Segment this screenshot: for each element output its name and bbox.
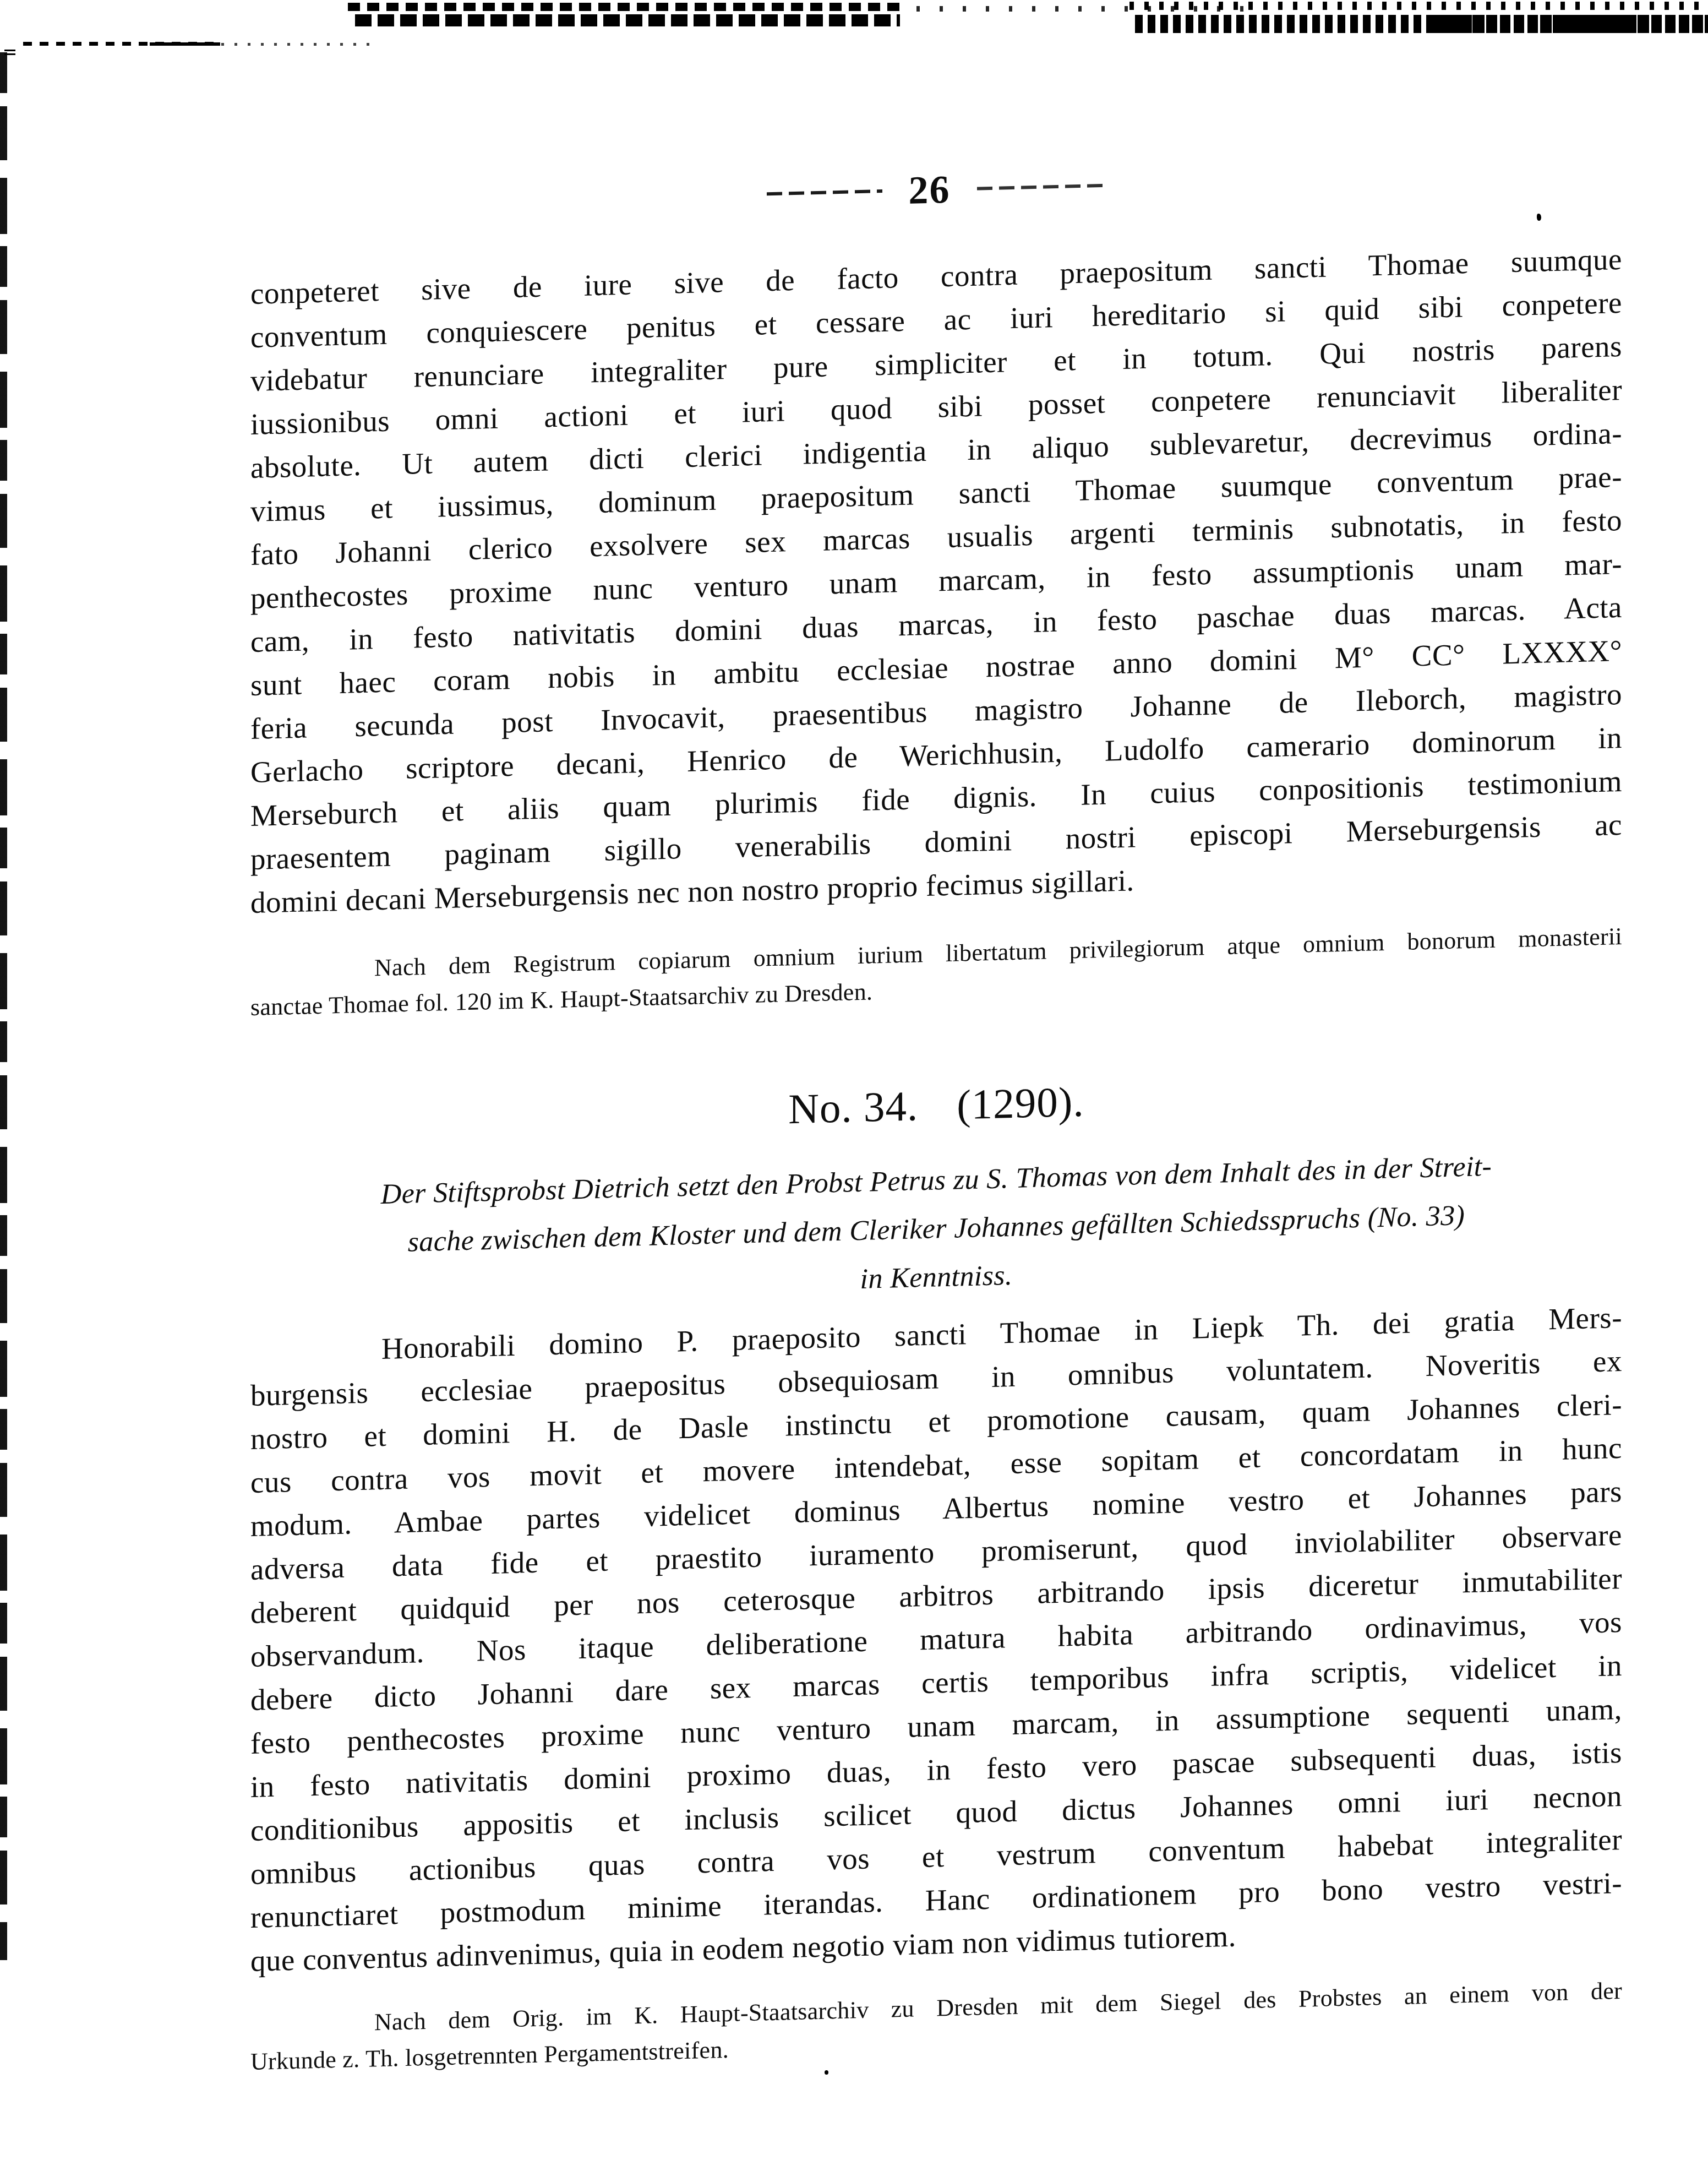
doc34-paragraph: Honorabili domino P. praeposito sancti T… [250,1296,1622,1983]
scan-noise-top-dash-dots [221,43,370,46]
scan-speck [825,2070,828,2075]
scan-noise-topright-row1 [1129,2,1708,10]
scan-speck [4,50,15,56]
doc33-continuation-paragraph: conpeteret sive de iure sive de facto co… [250,237,1622,924]
scan-noise-top-dash-solid [150,42,220,46]
doc34-summary: Der Stiftsprobst Dietrich setzt den Prob… [250,1139,1622,1319]
doc33-source-note: Nach dem Registrum copiarum omnium iuriu… [250,918,1622,1026]
page-rule-right [977,184,1106,191]
doc-number-label: No. 34. [788,1082,918,1133]
doc34-source-note: Nach dem Orig. im K. Haupt-Staatsarchiv … [250,1973,1622,2080]
page-number: 26 [909,166,951,213]
page-rule-left [767,189,882,195]
doc-year-label: (1290). [957,1078,1084,1129]
scan-noise-topright-dense [1431,15,1708,33]
scan-noise-top-band-row2 [355,14,900,26]
scan-noise-left-edge [0,52,7,1960]
page-content: 26 conpeteret sive de iure sive de facto… [250,147,1622,2080]
page-number-row: 26 [250,147,1622,232]
scanned-book-page: { "page": { "number": "26" }, "doc33_con… [0,0,1708,2182]
heading-gap [918,1119,957,1120]
doc34-heading: No. 34.(1290). [250,1062,1622,1149]
scan-noise-top-band-row1 [348,3,901,11]
